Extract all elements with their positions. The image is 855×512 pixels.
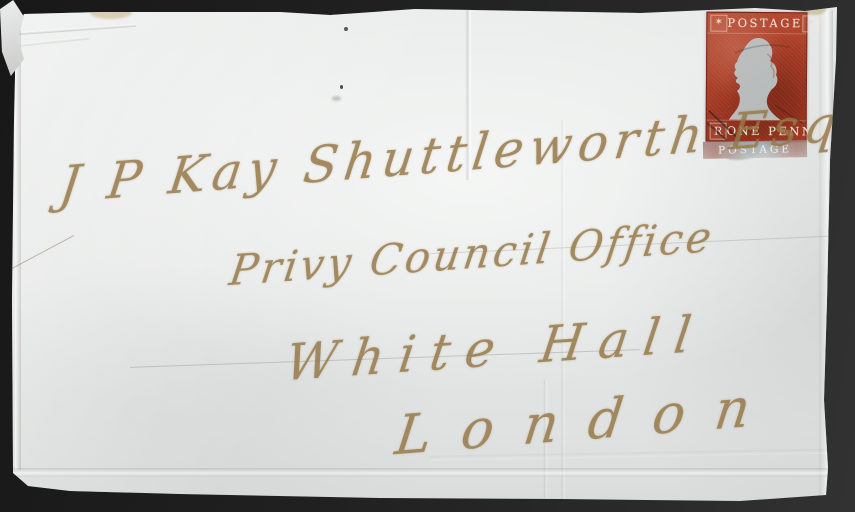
folded-sheet-edge bbox=[20, 36, 90, 46]
address-line-recipient: J P Kay Shuttleworth Esqre bbox=[56, 92, 855, 215]
photo-background: ✶ POSTAGE ✶ R ONE PENNY G POSTAG bbox=[0, 0, 855, 512]
address-line-street: White Hall bbox=[282, 304, 710, 392]
bottom-fold-crease bbox=[0, 468, 855, 477]
recipient-name: J P Kay Shuttleworth Esq bbox=[56, 94, 846, 214]
right-fold-edge bbox=[819, 10, 833, 495]
folded-sheet-edge bbox=[16, 24, 136, 35]
letter-sheet: ✶ POSTAGE ✶ R ONE PENNY G POSTAG bbox=[0, 0, 855, 512]
ink-speck bbox=[340, 85, 343, 89]
ink-speck bbox=[344, 27, 348, 31]
paper-stain bbox=[90, 6, 132, 19]
smudge bbox=[332, 96, 341, 101]
left-fold-edge bbox=[15, 30, 21, 470]
esquire-superscript: re bbox=[841, 100, 855, 129]
address-line-city: London bbox=[392, 373, 784, 467]
address-line-office: Privy Council Office bbox=[227, 212, 718, 295]
